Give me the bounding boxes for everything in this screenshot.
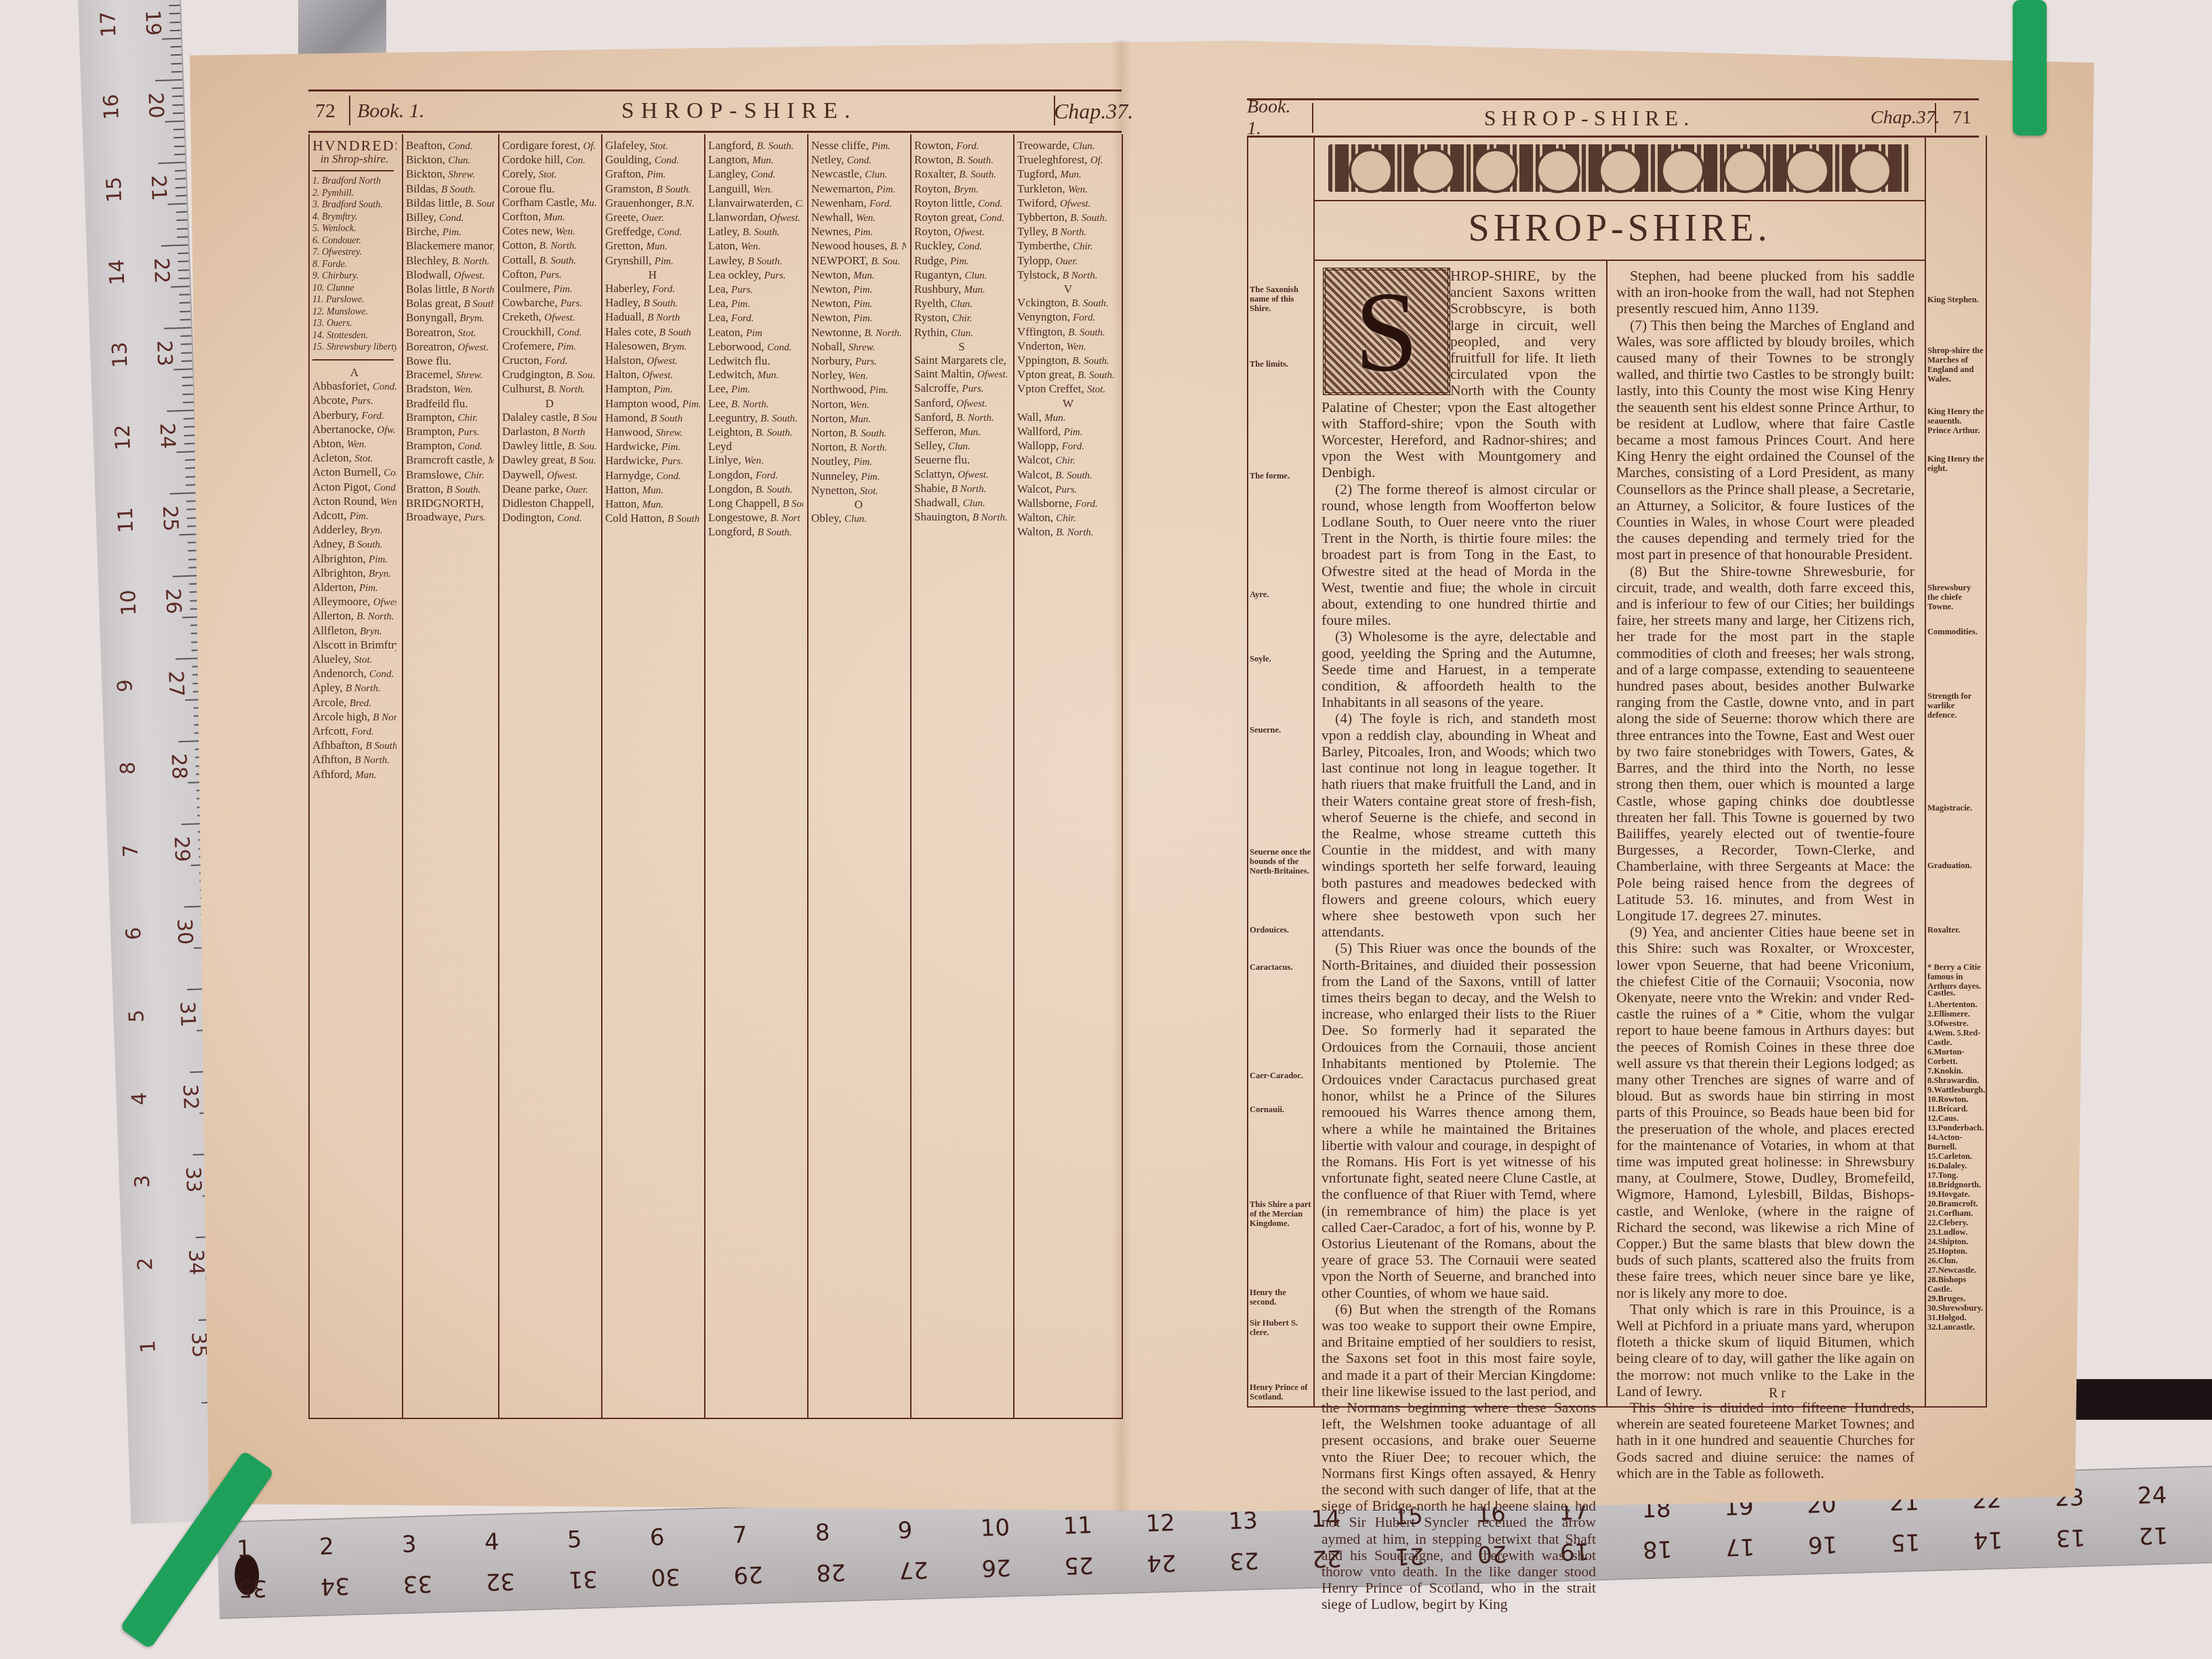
index-entry: Languill, Wen. <box>708 182 803 197</box>
ruler-number: 32 <box>485 1568 515 1595</box>
index-entry: Long Chappell, B Sou <box>708 497 803 511</box>
index-entry: Alueley, Stot. <box>312 653 396 667</box>
book-label: Book. 1. <box>357 100 424 123</box>
index-entry: Ledwitch flu. <box>708 354 803 368</box>
index-entry: Newemarton, Pim. <box>811 182 906 197</box>
index-entry: Arcole, Bred. <box>312 696 396 710</box>
index-entry: Royton little, Cond. <box>914 197 1009 211</box>
paragraph: (6) But when the strength of the Romans … <box>1322 1301 1596 1613</box>
hundreds-list: HVNDREDS in Shrop-shire. 1. Bradford Nor… <box>312 139 396 782</box>
ruler-number: 35 <box>237 1574 267 1602</box>
index-entry: Lea, Pim. <box>708 297 803 311</box>
index-entry: Wallford, Pim. <box>1017 425 1119 439</box>
ruler-number: 12 <box>111 424 136 451</box>
index-entry: Dawley little, B. Sou. <box>502 439 597 453</box>
index-entry: Alleymoore, Ofwest. <box>312 595 396 609</box>
paragraph: (5) This Riuer was once the bounds of th… <box>1322 940 1596 1300</box>
index-entry: Abcote, Purs. <box>312 394 396 408</box>
paragraph: (3) Wholesome is the ayre, delectable an… <box>1322 628 1596 710</box>
ruler-number: 32 <box>178 1084 203 1110</box>
index-entry: Bickton, Shrew. <box>406 167 494 182</box>
hundred-item: 6. Condouer. <box>312 235 396 247</box>
index-entry: Halton, Ofwest. <box>605 368 700 382</box>
index-entry: Wallsborne, Ford. <box>1017 497 1119 511</box>
index-entry: Hamond, B South <box>605 411 700 426</box>
ornament-medallion <box>1598 148 1643 193</box>
index-entry: Bolas great, B South. <box>406 297 494 311</box>
ruler-number: 5 <box>567 1526 582 1554</box>
index-entry: Ryston, Chir. <box>914 311 1009 325</box>
ruler-number: 8 <box>815 1519 830 1547</box>
index-column-l: Langford, B. South.Langton, Mun.Langley,… <box>708 139 803 540</box>
ruler-number: 18 <box>1642 1535 1672 1563</box>
index-entry: Afhford, Man. <box>312 768 396 782</box>
hundred-item: 5. Wenlock. <box>312 223 396 235</box>
index-entry: Vckington, B. South. <box>1017 296 1119 310</box>
ornament-medallion <box>1411 148 1456 193</box>
index-entry: Cotes new, Wen. <box>502 224 597 239</box>
hundreds-heading: HVNDREDS <box>312 139 396 152</box>
index-entry: Leyd <box>708 440 803 453</box>
margin-note: King Stephen. <box>1927 295 1984 304</box>
index-entry: Vpton great, B. South. <box>1017 368 1119 382</box>
index-entry: Seuerne flu. <box>914 453 1009 467</box>
ruler-number: 3 <box>402 1531 417 1559</box>
ruler-number: 17 <box>1725 1533 1755 1561</box>
index-entry: Wall, Mun. <box>1017 411 1119 425</box>
index-entry: Sanford, B. North. <box>914 411 1009 425</box>
index-entry: Hatton, Mun. <box>605 483 700 497</box>
index-entry: Lea ockley, Purs. <box>708 268 803 283</box>
page-number: 72 <box>308 100 342 123</box>
index-entry: Arfcott, Ford. <box>312 724 396 739</box>
right-running-header: Book. 1. SHROP-SHIRE. Chap.37. 71 <box>1247 98 1979 138</box>
ruler-number: 7 <box>732 1521 747 1549</box>
index-entry: Tymberthe, Chir. <box>1017 239 1119 253</box>
margin-note: Shrewsbury the chiefe Towne. <box>1927 583 1984 611</box>
index-entry: Darlaston, B North <box>502 425 597 439</box>
index-entry: Lawley, B South. <box>708 254 803 268</box>
index-entry: Noball, Shrew. <box>811 340 906 354</box>
index-entry: Bickton, Clun. <box>406 153 494 167</box>
ruler-number: 30 <box>172 918 197 945</box>
index-entry: Lea, Ford. <box>708 311 803 325</box>
margin-note: * Berry a Citie famous in Arthurs dayes. <box>1927 962 1984 991</box>
index-entry: Bramslowe, Chir. <box>406 468 494 483</box>
index-entry: Bramcroft castle, Mu. <box>406 453 494 468</box>
margin-note: The Saxonish name of this Shire. <box>1250 285 1312 313</box>
ruler-number: 13 <box>1228 1507 1258 1535</box>
index-entry: Cold Hatton, B South. <box>605 512 700 526</box>
index-entry: Creketh, Ofwest. <box>502 310 597 325</box>
index-entry: Langley, Cond. <box>708 167 803 182</box>
ruler-number: 24 <box>1147 1549 1176 1577</box>
hundred-item: 7. Ofwestrey. <box>312 247 396 259</box>
ruler-number: 10 <box>117 590 141 616</box>
index-entry: Hadley, B South. <box>605 296 700 310</box>
index-entry: Blodwall, Ofwest. <box>406 268 494 283</box>
index-entry: Cructon, Ford. <box>502 354 597 368</box>
hundred-item: 4. Brymftry. <box>312 211 396 224</box>
ruler-number: 11 <box>1063 1512 1092 1540</box>
ruler-number: 20 <box>143 92 167 119</box>
index-entry: Lea, Purs. <box>708 283 803 297</box>
index-entry: Bildas, B South. <box>406 182 494 197</box>
ornament-medallion <box>1349 148 1393 193</box>
index-entry: Afhbafton, B South. <box>312 739 396 753</box>
index-entry: Adney, B South. <box>312 537 396 552</box>
margin-note: Henry Prince of Scotland. <box>1250 1382 1312 1401</box>
paragraph: This Shire is diuided into fifteene Hund… <box>1616 1399 1914 1481</box>
hundred-item: 15. Shrewsbury liberty <box>312 342 396 354</box>
index-entry: Walcot, Purs. <box>1017 483 1119 497</box>
index-entry: Tylley, B North. <box>1017 225 1119 239</box>
ruler-number: 27 <box>899 1556 928 1584</box>
index-entry: Newton, Pim. <box>811 311 906 325</box>
index-entry: Vnderton, Wen. <box>1017 340 1119 354</box>
paragraph: (7) This then being the Marches of Engla… <box>1616 317 1914 563</box>
ruler-number: 23 <box>152 340 176 367</box>
index-entry: Longford, B South. <box>708 525 803 539</box>
index-entry: Gretton, Mun. <box>605 239 700 253</box>
margin-note: Ayre. <box>1250 590 1312 599</box>
index-entry: Corfham Castle, Mu. <box>502 196 597 210</box>
ornament-medallion <box>1847 148 1892 193</box>
index-entry: Bratton, B South. <box>406 483 494 497</box>
margin-note: Henry the second. <box>1250 1288 1312 1307</box>
index-entry: Ryelth, Clun. <box>914 297 1009 311</box>
index-entry: Arcole high, B North. <box>312 710 396 724</box>
ruler-number: 5 <box>125 1009 149 1023</box>
index-entry: Leborwood, Cond. <box>708 340 803 354</box>
index-entry: Brampton, Cond. <box>406 439 494 453</box>
index-entry: Hardwicke, Pim. <box>605 440 700 454</box>
index-letter: O <box>811 498 906 512</box>
index-entry: Walcot, B. South. <box>1017 468 1119 483</box>
ruler-number: 1 <box>237 1536 252 1563</box>
ruler-number: 19 <box>140 9 165 36</box>
index-entry: Norley, Wen. <box>811 369 906 383</box>
index-entry: Grafton, Pim. <box>605 167 700 182</box>
index-entry: Bonyngall, Brym. <box>406 311 494 325</box>
ruler-number: 1 <box>136 1340 161 1353</box>
signature-mark: R r <box>1769 1386 1786 1401</box>
index-entry: Alderton, Pim. <box>312 581 396 595</box>
ruler-number: 25 <box>1064 1551 1094 1579</box>
index-entry: BRIDGNORTH, <box>406 497 494 510</box>
index-entry: Treowarde, Clun. <box>1017 139 1119 153</box>
ruler-number: 9 <box>113 679 138 693</box>
index-column-a: AAbbasforiet, Cond.Abcote, Purs.Aberbury… <box>312 366 396 782</box>
ruler-number: 6 <box>649 1524 665 1552</box>
index-entry: Ruckley, Cond. <box>914 239 1009 253</box>
index-entry: Newnes, Pim. <box>811 225 906 239</box>
index-entry: Acton Pigot, Cond. <box>312 480 396 495</box>
index-entry: Apley, B North. <box>312 681 396 695</box>
index-entry: Bradfeild flu. <box>406 397 494 411</box>
index-entry: Hatton, Mun. <box>605 497 700 512</box>
chapter-label: Chap.37. <box>1054 99 1122 124</box>
index-entry: Sanford, Ofwest. <box>914 396 1009 411</box>
ruler-number: 4 <box>127 1092 152 1105</box>
index-entry: Tylopp, Ouer. <box>1017 254 1119 268</box>
index-entry: Leeguntry, B. South. <box>708 411 803 426</box>
margin-note: The limits. <box>1250 359 1312 369</box>
hundred-item: 2. Pymhill. <box>312 188 396 200</box>
index-entry: Saint Margarets cle, <box>914 354 1009 367</box>
index-entry: Cotton, B. North. <box>502 239 597 253</box>
index-entry: Dawley great, B Sou. <box>502 453 597 468</box>
index-entry: Linlye, Wen. <box>708 453 803 468</box>
index-entry: Allfleton, Bryn. <box>312 624 396 638</box>
index-entry: Blackemere manor, B. Nor. <box>406 239 494 253</box>
index-entry: Hampton, Pim. <box>605 382 700 396</box>
text-column-1: HROP-SHIRE, by the ancient Saxons writte… <box>1322 268 1596 1613</box>
index-entry: Corely, Stot. <box>502 167 597 182</box>
index-entry: Adderley, Bryn. <box>312 523 396 537</box>
ruler-number: 16 <box>99 94 123 120</box>
margin-note: Ordouices. <box>1250 925 1312 935</box>
index-entry: Longdon, Ford. <box>708 468 803 483</box>
index-entry: Saint Maltin, Ofwest. <box>914 367 1009 382</box>
index-entry: Abton, Wen. <box>312 437 396 451</box>
index-entry: Nynetton, Stot. <box>811 484 906 498</box>
index-entry: Wallopp, Ford. <box>1017 439 1119 453</box>
index-entry: Adcott, Pim. <box>312 509 396 523</box>
index-entry: Llanvairwaterden, C. <box>708 197 803 211</box>
margin-note: Caractacus. <box>1250 962 1312 972</box>
paragraph: (2) The forme thereof is almost circular… <box>1322 481 1596 629</box>
index-entry: Albrighton, Bryn. <box>312 567 396 581</box>
hundred-item: 13. Ouers. <box>312 318 396 330</box>
index-letter: H <box>605 268 700 282</box>
index-entry: Roxalter, B. South. <box>914 167 1009 182</box>
index-entry: Didleston Chappell, Ofwest. <box>502 497 597 511</box>
text-column-2: Stephen, had beene plucked from his sadd… <box>1616 268 1914 1481</box>
index-entry: Shadwall, Clun. <box>914 496 1009 510</box>
index-entry: Corfton, Mun. <box>502 210 597 224</box>
index-entry: Aberbury, Ford. <box>312 409 396 423</box>
index-entry: Halston, Ofwest. <box>605 354 700 368</box>
index-entry: Latley, B. South. <box>708 225 803 239</box>
index-entry: Deane parke, Ouer. <box>502 483 597 497</box>
ruler-number: 4 <box>484 1528 499 1556</box>
ruler-number: 28 <box>166 753 190 779</box>
index-entry: Abertanocke, Ofw. <box>312 423 396 437</box>
index-column-t-w: Treowarde, Clun.Trueleghforest, Of.Tugfo… <box>1017 139 1119 540</box>
index-entry: Hales cote, B South <box>605 325 700 340</box>
index-entry: Bradston, Wen. <box>406 382 494 396</box>
index-entry: Newhall, Wen. <box>811 211 906 225</box>
index-entry: Norton, B. North. <box>811 441 906 455</box>
hundred-item: 3. Bradford South. <box>312 199 396 211</box>
index-entry: Noutley, Pim. <box>811 455 906 469</box>
margin-note: Soyle. <box>1250 654 1312 663</box>
index-entry: NEWPORT, B. Sou. <box>811 254 906 268</box>
index-entry: Coulmere, Pim. <box>502 282 597 296</box>
index-entry: Boreatron, Ofwest. <box>406 340 494 354</box>
index-entry: Rushbury, Mun. <box>914 283 1009 297</box>
index-entry: Hardwicke, Purs. <box>605 454 700 468</box>
decorative-headpiece <box>1328 144 1911 192</box>
ornament-medallion <box>1536 148 1580 193</box>
index-entry: Cottall, B. South. <box>502 253 597 268</box>
index-entry: Bowe flu. <box>406 354 494 368</box>
margin-note: Shrop-shire the Marches of England and W… <box>1927 346 1984 384</box>
index-entry: Netley, Cond. <box>811 153 906 167</box>
margin-note: This Shire a part of the Mercian Kingdom… <box>1250 1200 1312 1228</box>
index-entry: Dodington, Cond. <box>502 511 597 525</box>
ruler-number: 31 <box>175 1001 199 1027</box>
ruler-number: 17 <box>96 11 121 37</box>
index-entry: Rythin, Clun. <box>914 326 1009 340</box>
ruler-number: 13 <box>108 342 132 368</box>
ruler-number: 34 <box>184 1249 208 1275</box>
index-entry: Brampton, Chir. <box>406 411 494 425</box>
index-entry: Allerton, B. North. <box>312 609 396 623</box>
index-column-b: Beafton, Cond.Bickton, Clun.Bickton, Shr… <box>406 139 494 525</box>
index-entry: Haberley, Ford. <box>605 282 700 296</box>
index-letter: A <box>312 366 396 380</box>
paragraph: That only which is rare in this Prouince… <box>1616 1301 1914 1399</box>
index-letter: S <box>914 340 1009 354</box>
margin-note: Seuerne once the bounds of the North-Bri… <box>1250 847 1312 876</box>
index-entry: Alscott in Brimftry, Bryn. <box>312 638 396 653</box>
index-entry: Royton great, Cond. <box>914 211 1009 225</box>
ruler-number: 33 <box>403 1570 432 1597</box>
index-entry: Broadwaye, Purs. <box>406 510 494 525</box>
margin-note: Graduation. <box>1927 861 1984 870</box>
index-entry: Langton, Mun. <box>708 153 803 167</box>
index-entry: Albrighton, Pim. <box>312 552 396 567</box>
index-entry: Royton, Ofwest. <box>914 225 1009 239</box>
index-entry: Cordoke hill, Con. <box>502 153 597 167</box>
ornament-medallion <box>1473 148 1518 193</box>
margin-note: Roxalter. <box>1927 925 1984 935</box>
hundred-item: 1. Bradford North <box>312 176 396 188</box>
index-entry: Greffedge, Cond. <box>605 225 700 239</box>
index-entry: Hampton wood, Pim. <box>605 397 700 411</box>
index-entry: Harnydge, Cond. <box>605 469 700 483</box>
index-entry: Rowton, Ford. <box>914 139 1009 153</box>
ornament-medallion <box>1785 148 1830 193</box>
index-entry: Selley, Clun. <box>914 439 1009 453</box>
ruler-number: 8 <box>116 761 140 775</box>
index-entry: Daywell, Ofwest. <box>502 468 597 483</box>
index-entry: Venyngton, Ford. <box>1017 310 1119 325</box>
ruler-number: 11 <box>114 507 138 533</box>
ruler-number: 14 <box>1973 1525 2003 1553</box>
index-column-r-s: Rowton, Ford.Rowton, B. South.Roxalter, … <box>914 139 1009 525</box>
index-entry: Acton Burnell, Cond. <box>312 466 396 480</box>
index-entry: Norton, Wen. <box>811 398 906 412</box>
index-entry: Ledwitch, Mun. <box>708 368 803 382</box>
index-entry: Newood houses, B. North. <box>811 239 906 253</box>
ruler-number: 25 <box>158 506 182 532</box>
ruler-number: 27 <box>163 670 188 697</box>
paragraph: Stephen, had beene plucked from his sadd… <box>1616 268 1914 317</box>
index-entry: Walcot, Chir. <box>1017 453 1119 468</box>
ornament-medallion <box>1660 148 1705 193</box>
index-entry: Rowton, B. South. <box>914 153 1009 167</box>
index-entry: Longestowe, B. Nort <box>708 511 803 525</box>
left-page: 72 Book. 1. SHROP-SHIRE. Chap.37. HVNDRE… <box>308 81 1128 1423</box>
index-entry: Brampton, Purs. <box>406 425 494 439</box>
ruler-number: 30 <box>651 1563 680 1591</box>
left-margin-notes: The Saxonish name of this Shire.The limi… <box>1250 0 1312 1315</box>
margin-note: King Henry the seauenth. Prince Arthur. <box>1927 407 1984 435</box>
ruler-number: 34 <box>320 1572 350 1600</box>
index-entry: Leaton, Pim <box>708 326 803 340</box>
index-entry: Lee, B. North. <box>708 397 803 411</box>
index-entry: Halesowen, Brym. <box>605 340 700 354</box>
index-entry: Grauenhonger, B.N. <box>605 197 700 211</box>
index-entry: Gramston, B South. <box>605 182 700 197</box>
ruler-number: 26 <box>981 1553 1011 1581</box>
index-column-n-o: Nesse cliffe, Pim.Netley, Cond.Newcastle… <box>811 139 906 526</box>
index-entry: Obley, Clun. <box>811 512 906 526</box>
index-entry: Lee, Pim. <box>708 382 803 396</box>
index-entry: Norbury, Purs. <box>811 354 906 369</box>
ruler-number: 33 <box>181 1166 205 1193</box>
hundred-item: 8. Forde. <box>312 259 396 271</box>
index-entry: Cordigare forest, Of. <box>502 139 597 153</box>
index-entry: Acleton, Stot. <box>312 451 396 466</box>
index-entry: Crofemere, Pim. <box>502 340 597 354</box>
margin-note: Strength for warlike defence. <box>1927 691 1984 720</box>
ruler-number: 23 <box>1229 1547 1259 1574</box>
margin-note: 1.Abertenton. 2.Ellismere. 3.Ofwestre. 4… <box>1927 1000 1984 1332</box>
index-entry: Acton Round, Wen. <box>312 495 396 509</box>
hundred-item: 11. Purslowe. <box>312 294 396 306</box>
ruler-number: 31 <box>568 1565 598 1593</box>
index-entry: Cowbarche, Purs. <box>502 296 597 310</box>
index-entry: Royton, Brym. <box>914 182 1009 197</box>
index-entry: Newton, Mun. <box>811 268 906 283</box>
margin-note: The forme. <box>1250 471 1312 480</box>
index-entry: Trueleghforest, Of. <box>1017 153 1119 167</box>
index-entry: Crouckhill, Cond. <box>502 325 597 340</box>
index-entry: Llanwordan, Ofwest. <box>708 211 803 225</box>
ruler-number: 21 <box>146 175 171 201</box>
ruler-number: 2 <box>134 1257 158 1271</box>
index-entry: Norton, B. South. <box>811 426 906 441</box>
margin-note: Cornauii. <box>1250 1105 1312 1114</box>
ruler-number: 16 <box>1807 1530 1837 1558</box>
index-entry: Newenham, Ford. <box>811 197 906 211</box>
index-entry: Grynshill, Pim. <box>605 254 700 268</box>
index-entry: Vffington, B. South. <box>1017 325 1119 340</box>
index-entry: Langford, B. South. <box>708 139 803 153</box>
ruler-number: 3 <box>131 1174 155 1188</box>
right-margin-notes: King Stephen.Shrop-shire the Marches of … <box>1927 0 1984 1315</box>
index-entry: Tybberton, B. South. <box>1017 211 1119 225</box>
index-entry: Walton, Chir. <box>1017 511 1119 525</box>
index-entry: Haduall, B North <box>605 310 700 325</box>
index-entry: Newtonne, B. North. <box>811 326 906 340</box>
index-entry: Vppington, B. South. <box>1017 354 1119 368</box>
margin-note: Sir Hubert S. clere. <box>1250 1318 1312 1337</box>
ruler-number: 24 <box>2137 1482 2167 1510</box>
hundreds-subheading: in Shrop-shire. <box>312 152 396 166</box>
ruler-number: 26 <box>161 588 185 614</box>
ruler-number: 14 <box>105 259 129 285</box>
chapter-title: SHROP-SHIRE. <box>1315 207 1925 250</box>
ruler-number: 12 <box>1145 1510 1175 1538</box>
ruler-number: 29 <box>169 836 194 862</box>
index-entry: Sefferon, Mun. <box>914 425 1009 439</box>
index-entry: Salcroffe, Purs. <box>914 382 1009 396</box>
